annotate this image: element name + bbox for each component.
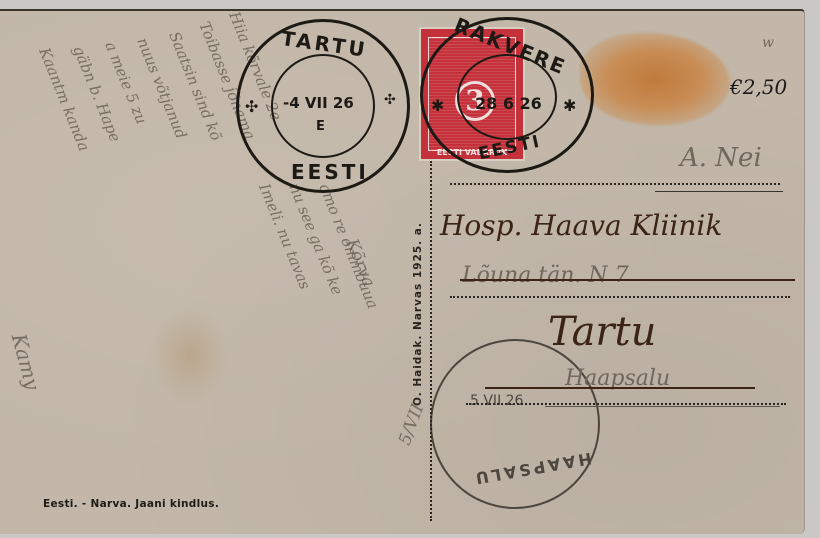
- postmark-town: HAAPSALU: [471, 449, 593, 489]
- postmark-date: 5 VII 26: [470, 393, 523, 409]
- address-city: Tartu: [548, 309, 656, 355]
- underline: [655, 191, 783, 192]
- address-line2-struck: Lõuna tän. N 7: [462, 263, 629, 288]
- postmark-country: EESTI: [291, 160, 369, 184]
- star-icon: ✱: [431, 96, 444, 115]
- corner-mark: w: [762, 35, 774, 51]
- address-line1: Hosp. Haava Kliinik: [440, 209, 722, 242]
- rust-stain: [580, 33, 730, 125]
- message-signature: Kamy: [7, 331, 45, 392]
- strikethrough: [485, 387, 755, 389]
- star-icon: ✣: [245, 97, 258, 116]
- address-line: [466, 403, 786, 405]
- postcard-back: Hiia kõrvale 2e Toibasse jõnama Saatsin …: [0, 9, 805, 534]
- star-icon: ✱: [563, 96, 576, 115]
- postmark-date: 28 6 26: [475, 94, 542, 113]
- postcard-caption: Eesti. - Narva. Jaani kindlus.: [43, 498, 219, 510]
- publisher-imprint: O. Haidak. Narvas 1925. a.: [412, 222, 424, 406]
- price-note: €2,50: [730, 75, 787, 99]
- margin-note: 5/VII: [395, 401, 428, 448]
- star-icon: ✣: [384, 92, 396, 108]
- postmark-code: E: [316, 119, 325, 134]
- foxing-stain: [150, 306, 230, 406]
- postmark-date: -4 VII 26: [283, 94, 354, 112]
- strikethrough: [460, 279, 795, 281]
- postmark-rakvere: RAKVERE 28 6 26 EESTI ✱ ✱: [420, 17, 594, 173]
- address-line: [450, 183, 780, 185]
- message-address-divider: [430, 161, 432, 521]
- address-line: [450, 296, 790, 298]
- postmark-tartu: TARTU -4 VII 26 E EESTI ✣ ✣: [236, 19, 410, 193]
- postmark-haapsalu: 5 VII 26 HAAPSALU: [430, 339, 600, 509]
- underline: [545, 406, 780, 407]
- sender-name: A. Nei: [680, 143, 762, 173]
